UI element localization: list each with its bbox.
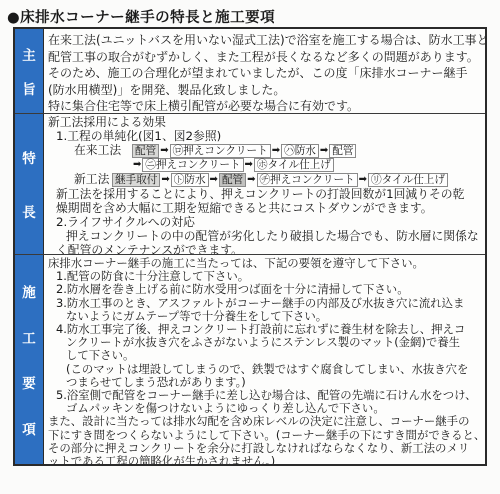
- arrow-icon: ➡: [210, 173, 218, 187]
- flow-step-label: 防水: [295, 145, 316, 157]
- flow-step: ㋺押えコンクリート: [170, 144, 271, 158]
- document-page: ●床排水コーナー継手の特長と施工要項 主 旨 在来工法(ユニットバスを用いない湿…: [0, 0, 500, 494]
- flow-step: ㋷タイル仕上げ: [368, 173, 448, 187]
- arrow-icon: ➡: [245, 158, 253, 172]
- text-line: 押えコンクリートの中の配管が劣化したり破損した場合でも、防水層に関係な: [48, 229, 483, 243]
- row-label-char: 主: [22, 44, 36, 64]
- flow-step-marker: ㋥: [145, 159, 156, 171]
- flow-step-marker: ㋭: [257, 159, 268, 171]
- row-label-char: 長: [22, 201, 36, 221]
- text-line: 配管工事の取合がむずかしく、また工程が長くなるなど多くの問題があります。: [48, 49, 483, 66]
- flow-step: 継手取付: [112, 173, 160, 187]
- flow-step: 配管: [219, 173, 246, 187]
- flow-step: ㋭タイル仕上げ: [254, 158, 334, 172]
- row-label-char: 特: [22, 147, 36, 167]
- text-line: して下さい。: [48, 349, 483, 362]
- flow-step-label: 防水: [184, 174, 205, 186]
- table-row-tokucho: 特 長 新工法採用による効果 1.工程の単純化(図1、図2参照) 在来工法配管➡…: [15, 113, 485, 254]
- row-label-char: 施: [22, 281, 36, 301]
- list-item: 1.工程の単純化(図1、図2参照): [48, 129, 483, 143]
- flow-step-label: タイル仕上げ: [268, 159, 331, 171]
- text-line: (防水用横型)」を開発、製品化致しました。: [48, 82, 483, 99]
- table-row-shushi: 主 旨 在来工法(ユニットバスを用いない湿式工法)で浴室を施工する場合は、防水工…: [15, 29, 485, 113]
- tokucho-content: 新工法採用による効果 1.工程の単純化(図1、図2参照) 在来工法配管➡㋺押えコ…: [44, 114, 485, 254]
- flow-step: ㋣防水: [171, 173, 209, 187]
- flow-line-new: 新工法継手取付➡㋣防水➡配管➡㋠押えコンクリート➡㋷タイル仕上げ: [48, 172, 483, 187]
- text-line: 下にすき間をつくらないようにして下さい。(コーナー継手の下にすき間ができると、: [48, 429, 483, 442]
- flow-step: ㋩防水: [281, 144, 319, 158]
- list-item: 2.ライフサイクルへの対応: [48, 215, 483, 229]
- row-label-tokucho: 特 長: [15, 114, 44, 254]
- row-label-char: 項: [22, 418, 36, 438]
- flow-step-label: タイル仕上げ: [382, 174, 445, 186]
- flow-line-conventional-1: 在来工法配管➡㋺押えコンクリート➡㋩防水➡配管: [48, 143, 483, 158]
- flow-line-conventional-2: ➡㋥押えコンクリート➡㋭タイル仕上げ: [48, 158, 483, 173]
- flow-step-label: 継手取付: [115, 174, 157, 186]
- flow-step-marker: ㋺: [173, 145, 184, 157]
- arrow-icon: ➡: [272, 144, 280, 158]
- row-label-shushi: 主 旨: [15, 29, 44, 113]
- arrow-icon: ➡: [247, 173, 255, 187]
- flow-step-marker: ㋣: [174, 174, 185, 186]
- flow-step-marker: ㋷: [371, 174, 382, 186]
- arrow-icon: ➡: [160, 144, 168, 158]
- row-label-char: 工: [22, 327, 36, 347]
- spec-table: 主 旨 在来工法(ユニットバスを用いない湿式工法)で浴室を施工する場合は、防水工…: [13, 27, 487, 466]
- flow-step-marker: ㋠: [260, 174, 271, 186]
- flow-step: ㋠押えコンクリート: [257, 173, 358, 187]
- flow-step-label: 配管: [222, 174, 243, 186]
- flow-label-new: 新工法: [74, 172, 112, 186]
- page-title: ●床排水コーナー継手の特長と施工要項: [7, 6, 275, 27]
- flow-step: ㋥押えコンクリート: [142, 158, 243, 172]
- flow-step: 配管: [329, 144, 356, 158]
- text-line: 特に集合住宅等で床上横引配管が必要な場合に有効です。: [48, 98, 483, 113]
- flow-step-label: 押えコンクリート: [183, 145, 268, 157]
- shushi-content: 在来工法(ユニットバスを用いない湿式工法)で浴室を施工する場合は、防水工事と 配…: [44, 29, 485, 113]
- arrow-icon: ➡: [320, 144, 328, 158]
- section-heading: 新工法採用による効果: [48, 115, 483, 129]
- text-line: また、設計に当たっては排水勾配を含め床レベルの決定に注意し、コーナー継手の: [48, 415, 483, 428]
- flow-label-conventional: 在来工法: [74, 143, 132, 157]
- sekou-content: 床排水コーナー継手の施工に当たっては、下記の要領を遵守して下さい。 1.配管の防…: [44, 255, 485, 464]
- text-line: 新工法を採用することにより、押えコンクリートの打設回数が1回減りその乾: [48, 187, 483, 201]
- text-line: 燥期間を含め大幅に工期を短縮できると共にコストダウンができます。: [48, 201, 483, 215]
- flow-step-label: 押えコンクリート: [156, 159, 241, 171]
- flow-step-label: 配管: [332, 145, 353, 157]
- row-label-char: 要: [22, 372, 36, 392]
- text-line: (このマットは埋設してしまうので、鉄製ではすぐ腐食してしまい、水抜き穴を: [48, 363, 483, 376]
- text-line: く配管のメンテナンスができます。: [48, 243, 483, 254]
- flow-step: 配管: [132, 144, 159, 158]
- flow-step-marker: ㋩: [284, 145, 295, 157]
- arrow-icon: ➡: [133, 158, 141, 172]
- flow-step-label: 押えコンクリート: [270, 174, 355, 186]
- text-line: 在来工法(ユニットバスを用いない湿式工法)で浴室を施工する場合は、防水工事と: [48, 32, 483, 49]
- text-line: ットである工程の簡略化が生かされません。): [48, 455, 483, 464]
- list-item: 3.防水工事のとき、アスファルトがコーナー継手の内部及び水抜き穴に流れ込ま: [48, 297, 483, 310]
- flow-step-label: 配管: [135, 145, 156, 157]
- arrow-icon: ➡: [161, 173, 169, 187]
- text-line: そのため、施工の合理化が望まれていましたが、この度「床排水コーナー継手: [48, 65, 483, 82]
- list-item: 2.防水層を巻き上げる前に防水受用つば面を十分に清掃して下さい。: [48, 283, 483, 296]
- row-label-sekou: 施 工 要 項: [15, 255, 44, 464]
- row-label-char: 旨: [22, 78, 36, 98]
- arrow-icon: ➡: [359, 173, 367, 187]
- table-row-sekou: 施 工 要 項 床排水コーナー継手の施工に当たっては、下記の要領を遵守して下さい…: [15, 254, 485, 464]
